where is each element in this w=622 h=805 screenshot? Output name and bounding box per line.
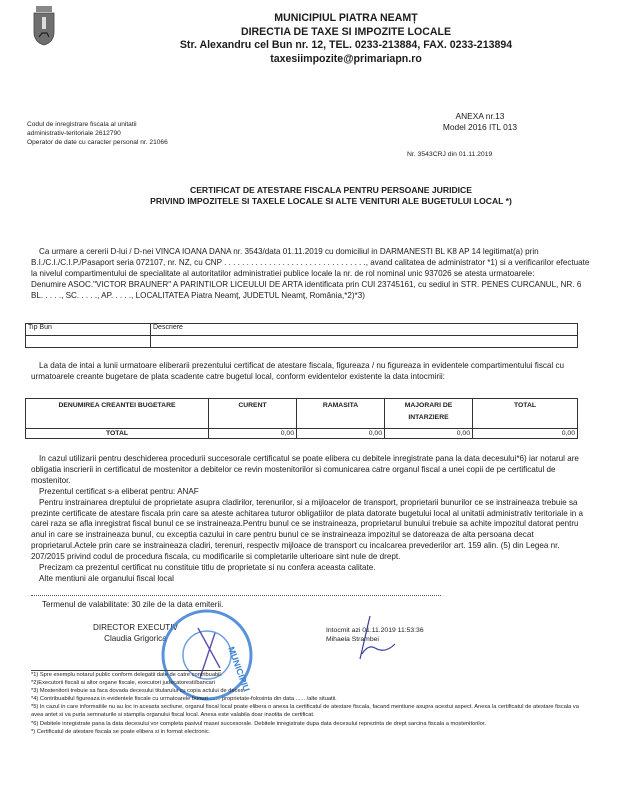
intro-section: Ca urmare a cererii D-lui / D-nei VINCA … bbox=[31, 247, 591, 302]
issued-for: Prezentul certificat s-a eliberat pentru… bbox=[31, 487, 591, 498]
signature-mark-icon bbox=[340, 614, 400, 664]
assets-table: Tip Bun Descriere bbox=[25, 323, 578, 348]
body-section: In cazul utilizarii pentru deschiderea p… bbox=[31, 454, 591, 585]
footnote: *5) In cazul in care informatiile nu au … bbox=[31, 703, 586, 719]
assets-cell bbox=[26, 336, 151, 348]
header-line: Str. Alexandru cel Bun nr. 12, TEL. 0233… bbox=[70, 39, 622, 53]
footnote: *4) Contribuabilul figureaza in evidente… bbox=[31, 695, 586, 703]
footnote: *1) Spre exemplu notarul public conform … bbox=[31, 671, 586, 679]
other-mentions: Alte mentiuni ale organului fiscal local bbox=[31, 574, 591, 585]
total-label: TOTAL bbox=[26, 429, 209, 439]
assets-cell bbox=[151, 336, 578, 348]
col-curent: CURENT bbox=[209, 399, 297, 429]
title-line: CERTIFICAT DE ATESTARE FISCALA PENTRU PE… bbox=[40, 185, 622, 196]
footnote: *) Certificatul de atestare fiscala se p… bbox=[31, 728, 586, 736]
document-title: CERTIFICAT DE ATESTARE FISCALA PENTRU PE… bbox=[0, 185, 622, 207]
disclaimer: Precizam ca prezentul certificat nu cons… bbox=[31, 563, 591, 574]
intro-paragraph: Ca urmare a cererii D-lui / D-nei VINCA … bbox=[31, 247, 591, 280]
meta-line: Codul de inregistrare fiscala al unitati… bbox=[27, 120, 168, 129]
fiscal-code-block: Codul de inregistrare fiscala al unitati… bbox=[27, 120, 168, 147]
anexa-label: ANEXA nr.13 bbox=[420, 111, 540, 122]
col-denumire: DENUMIREA CREANTEI BUGETARE bbox=[26, 399, 209, 429]
total-total: 0,00 bbox=[473, 429, 578, 439]
document-number: Nr. 3543CRJ din 01.11.2019 bbox=[407, 151, 492, 158]
footnote: *3) Mostenitorii trebuie sa faca dovada … bbox=[31, 687, 586, 695]
total-majorari: 0,00 bbox=[385, 429, 473, 439]
assets-header-type: Tip Bun bbox=[26, 324, 151, 336]
footnotes: *1) Spre exemplu notarul public conform … bbox=[31, 671, 586, 736]
assets-header-description: Descriere bbox=[151, 324, 578, 336]
company-identification: Denumire ASOC."VICTOR BRAUNER" A PARINTI… bbox=[31, 280, 591, 291]
transfer-paragraph: Pentru instrainarea dreptului de proprie… bbox=[31, 498, 591, 563]
debts-intro: La data de intai a lunii urmatoare elibe… bbox=[31, 361, 591, 383]
anexa-block: ANEXA nr.13 Model 2016 ITL 013 bbox=[420, 111, 540, 133]
footnote: *6) Debitele inregistrate pana la data d… bbox=[31, 720, 586, 728]
total-curent: 0,00 bbox=[209, 429, 297, 439]
header-email: taxesiimpozite@primariapn.ro bbox=[70, 53, 622, 67]
col-ramasita: RAMASITA bbox=[297, 399, 385, 429]
model-label: Model 2016 ITL 013 bbox=[420, 122, 540, 133]
title-line: PRIVIND IMPOZITELE SI TAXELE LOCALE SI A… bbox=[40, 196, 622, 207]
meta-line: Operator de date cu caracter personal nr… bbox=[27, 138, 168, 147]
col-majorari: MAJORARI DE INTARZIERE bbox=[385, 399, 473, 429]
header-line: MUNICIPIUL PIATRA NEAMȚ bbox=[70, 12, 622, 26]
debts-table: DENUMIREA CREANTEI BUGETARE CURENT RAMAS… bbox=[25, 398, 578, 439]
col-total: TOTAL bbox=[473, 399, 578, 429]
total-ramasita: 0,00 bbox=[297, 429, 385, 439]
dotted-divider bbox=[31, 595, 441, 596]
footnote: *2)Executorii fiscali ai altor organe fi… bbox=[31, 679, 586, 687]
succession-paragraph: In cazul utilizarii pentru deschiderea p… bbox=[31, 454, 591, 487]
meta-line: administrativ-teritoriale 2612790 bbox=[27, 129, 168, 138]
institution-header: MUNICIPIUL PIATRA NEAMȚ DIRECTIA DE TAXE… bbox=[0, 12, 622, 66]
total-row: TOTAL 0,00 0,00 0,00 0,00 bbox=[26, 429, 578, 439]
header-line: DIRECTIA DE TAXE SI IMPOZITE LOCALE bbox=[70, 26, 622, 40]
company-address: BL. . . . ., SC. . . . ., AP. . . . ., L… bbox=[31, 291, 591, 302]
